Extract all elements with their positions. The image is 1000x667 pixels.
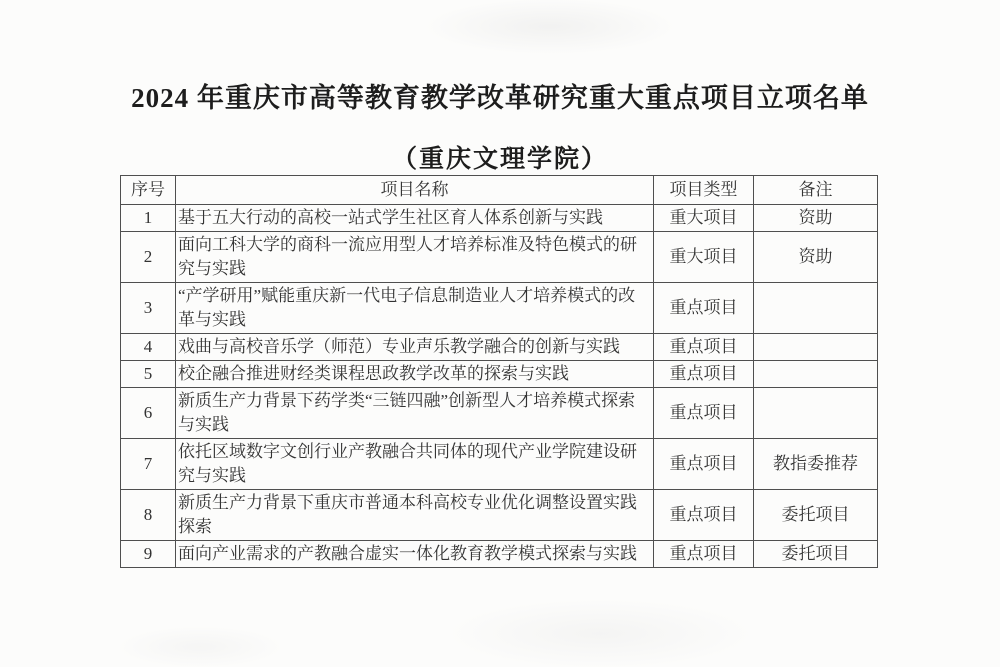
- remark-cell: 资助: [754, 232, 878, 283]
- project-type-cell: 重点项目: [654, 541, 754, 568]
- project-name-cell: 校企融合推进财经类课程思政教学改革的探索与实践: [176, 361, 654, 388]
- document-title: 2024 年重庆市高等教育教学改革研究重大重点项目立项名单: [0, 0, 1000, 115]
- row-serial-number: 1: [121, 205, 176, 232]
- header-project-type: 项目类型: [654, 176, 754, 205]
- project-table: 序号 项目名称 项目类型 备注 1基于五大行动的高校一站式学生社区育人体系创新与…: [120, 175, 878, 568]
- row-serial-number: 3: [121, 283, 176, 334]
- project-name-cell: 新质生产力背景下药学类“三链四融”创新型人才培养模式探索与实践: [176, 388, 654, 439]
- row-serial-number: 6: [121, 388, 176, 439]
- document-subtitle: （重庆文理学院）: [0, 115, 1000, 175]
- row-serial-number: 5: [121, 361, 176, 388]
- project-name-cell: 面向产业需求的产教融合虚实一体化教育教学模式探索与实践: [176, 541, 654, 568]
- document-page: 2024 年重庆市高等教育教学改革研究重大重点项目立项名单 （重庆文理学院） 序…: [0, 0, 1000, 667]
- header-remark: 备注: [754, 176, 878, 205]
- remark-cell: [754, 388, 878, 439]
- project-type-cell: 重点项目: [654, 388, 754, 439]
- project-type-cell: 重点项目: [654, 334, 754, 361]
- project-name-cell: 依托区域数字文创行业产教融合共同体的现代产业学院建设研究与实践: [176, 439, 654, 490]
- project-name-cell: 基于五大行动的高校一站式学生社区育人体系创新与实践: [176, 205, 654, 232]
- row-serial-number: 8: [121, 490, 176, 541]
- remark-cell: [754, 361, 878, 388]
- remark-cell: [754, 283, 878, 334]
- row-serial-number: 4: [121, 334, 176, 361]
- project-type-cell: 重点项目: [654, 361, 754, 388]
- project-type-cell: 重点项目: [654, 490, 754, 541]
- table-row: 9面向产业需求的产教融合虚实一体化教育教学模式探索与实践重点项目委托项目: [121, 541, 878, 568]
- table-header-row: 序号 项目名称 项目类型 备注: [121, 176, 878, 205]
- project-name-cell: 面向工科大学的商科一流应用型人才培养标准及特色模式的研究与实践: [176, 232, 654, 283]
- remark-cell: 教指委推荐: [754, 439, 878, 490]
- table-body: 1基于五大行动的高校一站式学生社区育人体系创新与实践重大项目资助2面向工科大学的…: [121, 205, 878, 568]
- table-row: 1基于五大行动的高校一站式学生社区育人体系创新与实践重大项目资助: [121, 205, 878, 232]
- remark-cell: 委托项目: [754, 541, 878, 568]
- table-row: 4戏曲与高校音乐学（师范）专业声乐教学融合的创新与实践重点项目: [121, 334, 878, 361]
- row-serial-number: 2: [121, 232, 176, 283]
- table-row: 2面向工科大学的商科一流应用型人才培养标准及特色模式的研究与实践重大项目资助: [121, 232, 878, 283]
- header-project-name: 项目名称: [176, 176, 654, 205]
- table-row: 8新质生产力背景下重庆市普通本科高校专业优化调整设置实践探索重点项目委托项目: [121, 490, 878, 541]
- project-name-cell: 新质生产力背景下重庆市普通本科高校专业优化调整设置实践探索: [176, 490, 654, 541]
- project-name-cell: “产学研用”赋能重庆新一代电子信息制造业人才培养模式的改革与实践: [176, 283, 654, 334]
- table-row: 5校企融合推进财经类课程思政教学改革的探索与实践重点项目: [121, 361, 878, 388]
- project-type-cell: 重点项目: [654, 439, 754, 490]
- project-name-cell: 戏曲与高校音乐学（师范）专业声乐教学融合的创新与实践: [176, 334, 654, 361]
- project-type-cell: 重大项目: [654, 205, 754, 232]
- remark-cell: [754, 334, 878, 361]
- row-serial-number: 7: [121, 439, 176, 490]
- project-type-cell: 重点项目: [654, 283, 754, 334]
- header-serial-number: 序号: [121, 176, 176, 205]
- remark-cell: 资助: [754, 205, 878, 232]
- table-row: 7依托区域数字文创行业产教融合共同体的现代产业学院建设研究与实践重点项目教指委推…: [121, 439, 878, 490]
- table-row: 3“产学研用”赋能重庆新一代电子信息制造业人才培养模式的改革与实践重点项目: [121, 283, 878, 334]
- row-serial-number: 9: [121, 541, 176, 568]
- project-type-cell: 重大项目: [654, 232, 754, 283]
- remark-cell: 委托项目: [754, 490, 878, 541]
- table-row: 6新质生产力背景下药学类“三链四融”创新型人才培养模式探索与实践重点项目: [121, 388, 878, 439]
